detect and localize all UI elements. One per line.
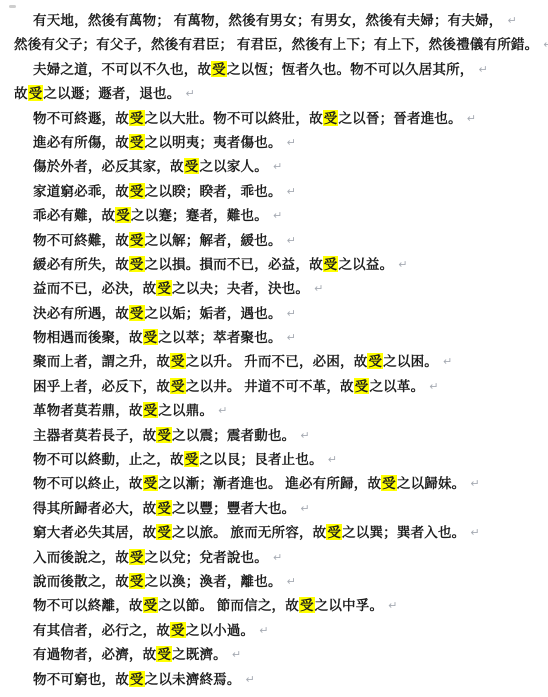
line-break-icon: ↵ [429, 380, 438, 393]
highlighted-char: 受 [143, 475, 159, 491]
highlighted-char: 受 [129, 573, 145, 589]
text-line: 物相遇而後聚，故受之以萃；萃者聚也。↵ [14, 326, 542, 350]
line-break-icon: ↵ [232, 648, 241, 661]
line-break-icon: ↵ [273, 551, 282, 564]
line-break-icon: ↵ [543, 38, 548, 51]
text-line: 窮大者必失其居，故受之以旅。 旅而无所容，故受之以巽；巽者入也。↵ [14, 521, 542, 545]
highlighted-char: 受 [211, 61, 227, 77]
line-break-icon: ↵ [287, 136, 296, 149]
text-line: 物不可以終離，故受之以節。 節而信之，故受之以中孚。↵ [14, 594, 542, 618]
line-break-icon: ↵ [479, 63, 488, 76]
text-line: 緩必有所失，故受之以損。損而不已，必益，故受之以益。↵ [14, 253, 542, 277]
highlighted-char: 受 [129, 110, 145, 126]
line-break-icon: ↵ [300, 502, 309, 515]
highlighted-char: 受 [129, 256, 145, 272]
highlighted-char: 受 [170, 353, 186, 369]
text-line: 家道窮必乖，故受之以睽；睽者，乖也。↵ [14, 180, 542, 204]
highlighted-char: 受 [129, 671, 145, 687]
highlighted-char: 受 [323, 110, 339, 126]
line-break-icon: ↵ [328, 453, 337, 466]
line-break-icon: ↵ [300, 429, 309, 442]
text-line: 夫婦之道，不可以不久也，故受之以恆；恆者久也。物不可以久居其所，↵ [14, 58, 542, 82]
highlighted-char: 受 [129, 134, 145, 150]
line-break-icon: ↵ [246, 673, 255, 686]
line-break-icon: ↵ [398, 258, 407, 271]
highlighted-char: 受 [143, 597, 159, 613]
highlighted-char: 受 [156, 524, 172, 540]
text-line: 進必有所傷，故受之以明夷；夷者傷也。↵ [14, 131, 542, 155]
line-break-icon: ↵ [259, 624, 268, 637]
line-break-icon: ↵ [314, 282, 323, 295]
text-line: 物不可窮也，故受之以未濟終焉。↵ [14, 668, 542, 692]
highlighted-char: 受 [184, 158, 200, 174]
highlighted-char: 受 [170, 378, 186, 394]
highlighted-char: 受 [156, 280, 172, 296]
highlighted-char: 受 [184, 451, 200, 467]
text-line: 物不可終遯，故受之以大壯。物不可以終壯，故受之以晉；晉者進也。↵ [14, 107, 542, 131]
highlighted-char: 受 [28, 85, 44, 101]
text-line: 聚而上者，謂之升，故受之以升。 升而不已，必困，故受之以困。↵ [14, 350, 542, 374]
text-line: 有其信者，必行之，故受之以小過。↵ [14, 619, 542, 643]
text-line: 故受之以遯；遯者，退也。↵ [14, 82, 542, 106]
text-line: 得其所歸者必大，故受之以豐；豐者大也。↵ [14, 497, 542, 521]
highlighted-char: 受 [381, 475, 397, 491]
highlighted-char: 受 [299, 597, 315, 613]
highlighted-char: 受 [129, 305, 145, 321]
line-break-icon: ↵ [443, 355, 452, 368]
highlighted-char: 受 [326, 524, 342, 540]
highlighted-char: 受 [156, 646, 172, 662]
highlighted-char: 受 [323, 256, 339, 272]
text-line: 革物者莫若鼎，故受之以鼎。↵ [14, 399, 542, 423]
text-line: 有過物者，必濟，故受之既濟。↵ [14, 643, 542, 667]
text-line: 傷於外者，必反其家，故受之以家人。↵ [14, 155, 542, 179]
text-line: 物不可以終止，故受之以漸；漸者進也。 進必有所歸，故受之以歸妹。↵ [14, 472, 542, 496]
highlighted-char: 受 [143, 402, 159, 418]
line-break-icon: ↵ [507, 14, 516, 27]
line-break-icon: ↵ [467, 112, 476, 125]
highlighted-char: 受 [129, 183, 145, 199]
line-break-icon: ↵ [388, 599, 397, 612]
line-break-icon: ↵ [273, 160, 282, 173]
line-break-icon: ↵ [287, 331, 296, 344]
line-break-icon: ↵ [470, 526, 479, 539]
text-line: 物不可以終動，止之，故受之以艮；艮者止也。↵ [14, 448, 542, 472]
highlighted-char: 受 [156, 427, 172, 443]
line-break-icon: ↵ [287, 575, 296, 588]
text-block: 有天地，然後有萬物； 有萬物，然後有男女；有男女，然後有夫婦；有夫婦，↵然後有父… [14, 9, 542, 692]
highlighted-char: 受 [129, 549, 145, 565]
highlighted-char: 受 [354, 378, 370, 394]
line-break-icon: ↵ [273, 209, 282, 222]
document-page: 有天地，然後有萬物； 有萬物，然後有男女；有男女，然後有夫婦；有夫婦，↵然後有父… [0, 0, 548, 697]
line-break-icon: ↵ [287, 185, 296, 198]
text-line: 益而不已，必決，故受之以夬；夬者，決也。↵ [14, 277, 542, 301]
highlighted-char: 受 [367, 353, 383, 369]
text-line: 決必有所遇，故受之以姤；姤者，遇也。↵ [14, 302, 542, 326]
highlighted-char: 受 [129, 232, 145, 248]
line-break-icon: ↵ [185, 87, 194, 100]
text-line: 乖必有難，故受之以蹇；蹇者，難也。↵ [14, 204, 542, 228]
highlighted-char: 受 [170, 622, 186, 638]
text-line: 入而後說之，故受之以兌；兌者說也。↵ [14, 546, 542, 570]
line-break-icon: ↵ [470, 477, 479, 490]
line-break-icon: ↵ [218, 404, 227, 417]
text-line: 物不可終難，故受之以解；解者，緩也。↵ [14, 229, 542, 253]
line-break-icon: ↵ [287, 234, 296, 247]
scan-artifact [9, 5, 16, 8]
highlighted-char: 受 [156, 500, 172, 516]
text-line: 說而後散之，故受之以渙；渙者，離也。↵ [14, 570, 542, 594]
text-line: 困乎上者，必反下，故受之以井。 井道不可不革，故受之以革。↵ [14, 375, 542, 399]
highlighted-char: 受 [143, 329, 159, 345]
text-line: 有天地，然後有萬物； 有萬物，然後有男女；有男女，然後有夫婦；有夫婦，↵ [14, 9, 542, 33]
text-line: 主器者莫若長子，故受之以震；震者動也。↵ [14, 424, 542, 448]
text-line: 然後有父子；有父子，然後有君臣； 有君臣，然後有上下；有上下，然後禮儀有所錯。↵ [14, 33, 542, 57]
highlighted-char: 受 [115, 207, 131, 223]
line-break-icon: ↵ [287, 307, 296, 320]
